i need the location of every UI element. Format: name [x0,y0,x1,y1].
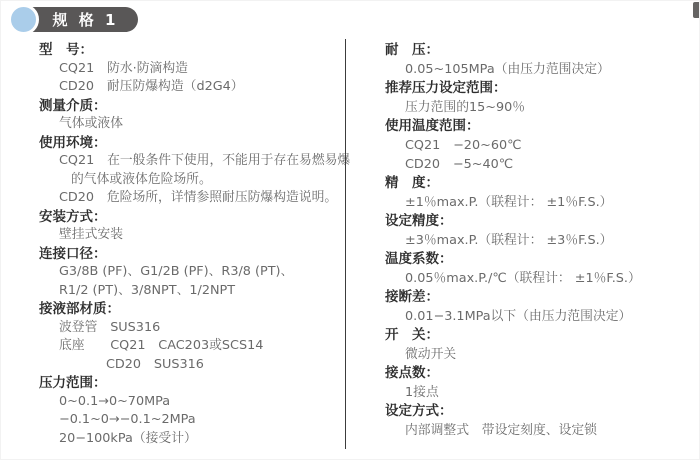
spec-value: 压力范围的15~90％ [385,98,697,117]
spec-value: 0.05％max.P./℃（联程计： ±1％F.S.） [385,269,697,288]
spec-item: 推荐压力设定范围：压力范围的15~90％ [385,79,697,117]
spec-column-right: 耐 压：0.05~105MPa（由压力范围决定）推荐压力设定范围：压力范围的15… [385,41,697,440]
spec-value: CD20 SUS316 [39,356,339,375]
page-edge-artifact [693,2,699,18]
spec-value: 底座 CQ21 CAC203或SCS14 [39,337,339,356]
spec-value: 0.05~105MPa（由压力范围决定） [385,60,697,79]
spec-label: 接点数： [385,364,697,383]
spec-item: 连接口径：G3/8B (PF)、G1/2B (PF)、R3/8 (PT)、R1/… [39,245,339,301]
spec-label: 耐 压： [385,41,697,60]
spec-label: 接断差： [385,288,697,307]
spec-label: 安装方式： [39,208,339,227]
spec-label: 型 号： [39,41,339,60]
section-title: 规 格 1 [37,9,119,30]
spec-item: 设定方式：内部调整式 带设定刻度、设定锁 [385,402,697,440]
spec-value: 20−100kPa（接受计） [39,430,339,449]
spec-label: 使用温度范围： [385,117,697,136]
spec-value: 微动开关 [385,345,697,364]
spec-item: 接点数：1接点 [385,364,697,402]
spec-value: ±3％max.P.（联程计： ±3％F.S.） [385,231,697,250]
spec-label: 设定精度： [385,212,697,231]
spec-item: 设定精度：±3％max.P.（联程计： ±3％F.S.） [385,212,697,250]
spec-item: 接液部材质：波登管 SUS316底座 CQ21 CAC203或SCS14CD20… [39,300,339,374]
spec-value: 0~0.1→0~70MPa [39,393,339,412]
spec-item: 使用环境：CQ21 在一般条件下使用，不能用于存在易燃易爆的气体或液体危险场所。… [39,134,339,208]
spec-value: 内部调整式 带设定刻度、设定锁 [385,421,697,440]
spec-value: 气体或液体 [39,115,339,134]
spec-label: 推荐压力设定范围： [385,79,697,98]
spec-value: CD20 耐压防爆构造（d2G4） [39,78,339,97]
spec-label: 使用环境： [39,134,339,153]
spec-label: 精 度： [385,174,697,193]
spec-value: 1接点 [385,383,697,402]
section-header: 规 格 1 [1,1,221,41]
spec-item: 温度系数：0.05％max.P./℃（联程计： ±1％F.S.） [385,250,697,288]
spec-label: 温度系数： [385,250,697,269]
spec-item: 开 关：微动开关 [385,326,697,364]
spec-sheet-page: 规 格 1 型 号：CQ21 防水·防滴构造CD20 耐压防爆构造（d2G4）测… [0,0,700,460]
spec-value: G3/8B (PF)、G1/2B (PF)、R3/8 (PT)、 [39,263,339,282]
spec-column-left: 型 号：CQ21 防水·防滴构造CD20 耐压防爆构造（d2G4）测量介质：气体… [39,41,339,448]
spec-label: 接液部材质： [39,300,339,319]
spec-value: CQ21 防水·防滴构造 [39,60,339,79]
spec-label: 压力范围： [39,374,339,393]
spec-item: 型 号：CQ21 防水·防滴构造CD20 耐压防爆构造（d2G4） [39,41,339,97]
spec-item: 压力范围：0~0.1→0~70MPa−0.1~0→−0.1~2MPa20−100… [39,374,339,448]
decorative-circle-icon [8,4,39,35]
spec-value: ±1％max.P.（联程计： ±1％F.S.） [385,193,697,212]
spec-value: 的气体或液体危险场所。 [39,171,339,190]
spec-value: 0.01−3.1MPa以下（由压力范围决定） [385,307,697,326]
spec-item: 测量介质：气体或液体 [39,97,339,134]
spec-item: 精 度：±1％max.P.（联程计： ±1％F.S.） [385,174,697,212]
spec-item: 接断差：0.01−3.1MPa以下（由压力范围决定） [385,288,697,326]
spec-value: R1/2 (PT)、3/8NPT、1/2NPT [39,282,339,301]
spec-value: −0.1~0→−0.1~2MPa [39,411,339,430]
spec-item: 耐 压：0.05~105MPa（由压力范围决定） [385,41,697,79]
spec-value: CD20 危险场所，详情参照耐压防爆构造说明。 [39,189,339,208]
spec-value: 波登管 SUS316 [39,319,339,338]
spec-label: 开 关： [385,326,697,345]
column-divider [345,39,346,449]
spec-label: 设定方式： [385,402,697,421]
spec-item: 使用温度范围：CQ21 −20~60℃CD20 −5~40℃ [385,117,697,174]
spec-item: 安装方式：壁挂式安装 [39,208,339,245]
spec-value: CQ21 −20~60℃ [385,136,697,155]
spec-value: CQ21 在一般条件下使用，不能用于存在易燃易爆 [39,152,339,171]
spec-value: 壁挂式安装 [39,226,339,245]
spec-value: CD20 −5~40℃ [385,155,697,174]
spec-label: 连接口径： [39,245,339,264]
spec-label: 测量介质： [39,97,339,116]
